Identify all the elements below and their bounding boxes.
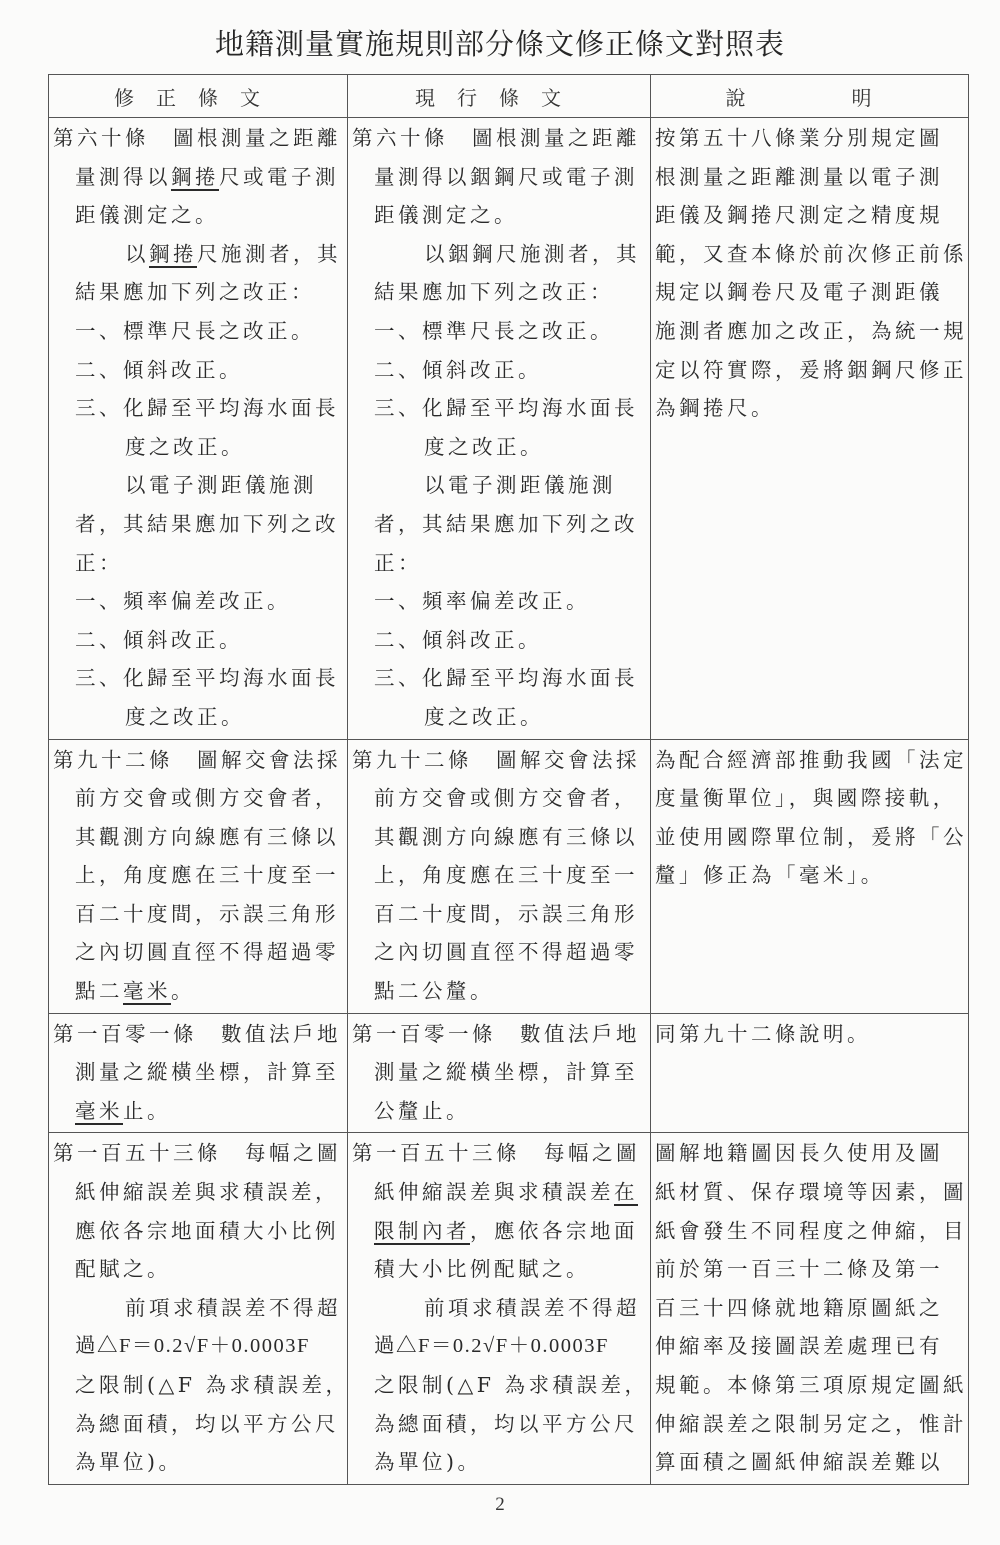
comparison-table: 修正條文 現行條文 說 明 第六十條 圖根測量之距離量測得以鋼捲尺或電子測距儀測…	[48, 74, 969, 1485]
text-line: 按第五十八條業分別規定圖	[655, 119, 964, 158]
text-line: 點二毫米。	[53, 972, 343, 1011]
text-line: 配賦之。	[53, 1250, 343, 1289]
text-line: 三、化歸至平均海水面長	[53, 389, 343, 428]
text-line: 為配合經濟部推動我國「法定	[655, 741, 964, 780]
text-line: 規範。本條第三項原規定圖紙	[655, 1366, 964, 1405]
document-title: 地籍測量實施規則部分條文修正條文對照表	[0, 22, 1000, 63]
text-line: 三、化歸至平均海水面長	[352, 389, 646, 428]
text-line: 一、頻率偏差改正。	[53, 582, 343, 621]
text-line: 距儀測定之。	[352, 196, 646, 235]
cell-current: 第一百零一條 數值法戶地測量之縱橫坐標，計算至公釐止。	[348, 1013, 651, 1133]
text-line: 測量之縱橫坐標，計算至	[352, 1053, 646, 1092]
text-line: 結果應加下列之改正：	[53, 273, 343, 312]
text-line: 伸縮率及接圖誤差處理已有	[655, 1327, 964, 1366]
text-line: 前項求積誤差不得超	[352, 1289, 646, 1328]
amended-text-underline: 鋼捲	[171, 165, 219, 189]
text-line: 百二十度間，示誤三角形	[352, 895, 646, 934]
amended-text-underline: 毫米	[75, 1099, 123, 1123]
amended-text-underline: 毫米	[123, 979, 171, 1003]
text-line: 者，其結果應加下列之改	[53, 505, 343, 544]
table-row: 第六十條 圖根測量之距離量測得以鋼捲尺或電子測距儀測定之。以鋼捲尺施測者，其結果…	[49, 118, 969, 740]
text-line: 第六十條 圖根測量之距離	[352, 119, 646, 158]
text-line: 第一百五十三條 每幅之圖	[352, 1134, 646, 1173]
text-line: 正：	[53, 544, 343, 583]
cell-amended: 第一百五十三條 每幅之圖紙伸縮誤差與求積誤差，應依各宗地面積大小比例配賦之。前項…	[49, 1133, 348, 1485]
amended-text-underline: 鋼捲	[149, 242, 197, 266]
page-number: 2	[0, 1494, 1000, 1516]
text-line: 結果應加下列之改正：	[352, 273, 646, 312]
text-line: 為單位)。	[352, 1443, 646, 1482]
text-line: 之內切圓直徑不得超過零	[53, 933, 343, 972]
text-line: 度之改正。	[53, 428, 343, 467]
text-line: 百二十度間，示誤三角形	[53, 895, 343, 934]
text-line: 二、傾斜改正。	[352, 621, 646, 660]
text-line: 公釐止。	[352, 1092, 646, 1131]
text-line: 以電子測距儀施測	[53, 466, 343, 505]
text-line: 積大小比例配賦之。	[352, 1250, 646, 1289]
text-line: 根測量之距離測量以電子測	[655, 158, 964, 197]
text-line: 度之改正。	[352, 698, 646, 737]
text-line: 以電子測距儀施測	[352, 466, 646, 505]
cell-explanation: 按第五十八條業分別規定圖根測量之距離測量以電子測距儀及鋼捲尺測定之精度規範，又查…	[651, 118, 969, 740]
text-line: 紙伸縮誤差與求積誤差在	[352, 1173, 646, 1212]
text-line: 過△F＝0.2√F＋0.0003F	[53, 1327, 343, 1366]
text-line: 第一百零一條 數值法戶地	[352, 1015, 646, 1054]
cell-amended: 第一百零一條 數值法戶地測量之縱橫坐標，計算至毫米止。	[49, 1013, 348, 1133]
text-line: 第九十二條 圖解交會法採	[352, 741, 646, 780]
text-line: 前方交會或側方交會者，	[53, 779, 343, 818]
header-current: 現行條文	[348, 75, 651, 118]
text-line: 之內切圓直徑不得超過零	[352, 933, 646, 972]
cell-amended: 第六十條 圖根測量之距離量測得以鋼捲尺或電子測距儀測定之。以鋼捲尺施測者，其結果…	[49, 118, 348, 740]
text-line: 量測得以銦鋼尺或電子測	[352, 158, 646, 197]
table-row: 第一百零一條 數值法戶地測量之縱橫坐標，計算至毫米止。第一百零一條 數值法戶地測…	[49, 1013, 969, 1133]
text-line: 前於第一百三十二條及第一	[655, 1250, 964, 1289]
table-row: 第一百五十三條 每幅之圖紙伸縮誤差與求積誤差，應依各宗地面積大小比例配賦之。前項…	[49, 1133, 969, 1485]
text-line: 紙材質、保存環境等因素，圖	[655, 1173, 964, 1212]
text-line: 百三十四條就地籍原圖紙之	[655, 1289, 964, 1328]
text-line: 算面積之圖紙伸縮誤差難以	[655, 1443, 964, 1482]
text-line: 毫米止。	[53, 1092, 343, 1131]
text-line: 為鋼捲尺。	[655, 389, 964, 428]
text-line: 正：	[352, 544, 646, 583]
table-row: 第九十二條 圖解交會法採前方交會或側方交會者，其觀測方向線應有三條以上，角度應在…	[49, 739, 969, 1013]
amended-text-underline: 限制內者	[374, 1219, 470, 1243]
text-line: 距儀測定之。	[53, 196, 343, 235]
amended-text-underline: 在	[614, 1180, 638, 1204]
text-line: 第一百五十三條 每幅之圖	[53, 1134, 343, 1173]
text-line: 二、傾斜改正。	[53, 351, 343, 390]
text-line: 為總面積，均以平方公尺	[352, 1405, 646, 1444]
text-line: 測量之縱橫坐標，計算至	[53, 1053, 343, 1092]
header-explanation: 說 明	[651, 75, 969, 118]
text-line: 以銦鋼尺施測者，其	[352, 235, 646, 274]
text-line: 第九十二條 圖解交會法採	[53, 741, 343, 780]
text-line: 定以符實際，爰將銦鋼尺修正	[655, 351, 964, 390]
text-line: 並使用國際單位制，爰將「公	[655, 818, 964, 857]
cell-explanation: 圖解地籍圖因長久使用及圖紙材質、保存環境等因素，圖紙會發生不同程度之伸縮，目前於…	[651, 1133, 969, 1485]
text-line: 釐」修正為「毫米」。	[655, 856, 964, 895]
text-line: 其觀測方向線應有三條以	[352, 818, 646, 857]
text-line: 第六十條 圖根測量之距離	[53, 119, 343, 158]
text-line: 度量衡單位」，與國際接軌，	[655, 779, 964, 818]
text-line: 前方交會或側方交會者，	[352, 779, 646, 818]
text-line: 應依各宗地面積大小比例	[53, 1212, 343, 1251]
text-line: 以鋼捲尺施測者，其	[53, 235, 343, 274]
text-line: 範，又查本條於前次修正前係	[655, 235, 964, 274]
text-line: 為總面積，均以平方公尺	[53, 1405, 343, 1444]
text-line: 一、標準尺長之改正。	[352, 312, 646, 351]
text-line: 限制內者，應依各宗地面	[352, 1212, 646, 1251]
cell-current: 第一百五十三條 每幅之圖紙伸縮誤差與求積誤差在限制內者，應依各宗地面積大小比例配…	[348, 1133, 651, 1485]
text-line: 前項求積誤差不得超	[53, 1289, 343, 1328]
text-line: 伸縮誤差之限制另定之，惟計	[655, 1405, 964, 1444]
table-header-row: 修正條文 現行條文 說 明	[49, 75, 969, 118]
text-line: 之限制(△F 為求積誤差，	[352, 1366, 646, 1405]
text-line: 三、化歸至平均海水面長	[352, 659, 646, 698]
header-amended: 修正條文	[49, 75, 348, 118]
text-line: 二、傾斜改正。	[53, 621, 343, 660]
text-line: 為單位)。	[53, 1443, 343, 1482]
text-line: 之限制(△F 為求積誤差，	[53, 1366, 343, 1405]
cell-explanation: 為配合經濟部推動我國「法定度量衡單位」，與國際接軌，並使用國際單位制，爰將「公釐…	[651, 739, 969, 1013]
text-line: 二、傾斜改正。	[352, 351, 646, 390]
text-line: 一、標準尺長之改正。	[53, 312, 343, 351]
text-line: 上，角度應在三十度至一	[53, 856, 343, 895]
text-line: 距儀及鋼捲尺測定之精度規	[655, 196, 964, 235]
text-line: 紙會發生不同程度之伸縮，目	[655, 1212, 964, 1251]
text-line: 量測得以鋼捲尺或電子測	[53, 158, 343, 197]
text-line: 三、化歸至平均海水面長	[53, 659, 343, 698]
text-line: 點二公釐。	[352, 972, 646, 1011]
cell-explanation: 同第九十二條說明。	[651, 1013, 969, 1133]
text-line: 度之改正。	[352, 428, 646, 467]
text-line: 者，其結果應加下列之改	[352, 505, 646, 544]
text-line: 施測者應加之改正，為統一規	[655, 312, 964, 351]
text-line: 過△F＝0.2√F＋0.0003F	[352, 1327, 646, 1366]
text-line: 同第九十二條說明。	[655, 1015, 964, 1054]
text-line: 上，角度應在三十度至一	[352, 856, 646, 895]
text-line: 其觀測方向線應有三條以	[53, 818, 343, 857]
cell-current: 第六十條 圖根測量之距離量測得以銦鋼尺或電子測距儀測定之。以銦鋼尺施測者，其結果…	[348, 118, 651, 740]
cell-current: 第九十二條 圖解交會法採前方交會或側方交會者，其觀測方向線應有三條以上，角度應在…	[348, 739, 651, 1013]
text-line: 規定以鋼卷尺及電子測距儀	[655, 273, 964, 312]
text-line: 紙伸縮誤差與求積誤差，	[53, 1173, 343, 1212]
text-line: 圖解地籍圖因長久使用及圖	[655, 1134, 964, 1173]
cell-amended: 第九十二條 圖解交會法採前方交會或側方交會者，其觀測方向線應有三條以上，角度應在…	[49, 739, 348, 1013]
text-line: 一、頻率偏差改正。	[352, 582, 646, 621]
text-line: 度之改正。	[53, 698, 343, 737]
text-line: 第一百零一條 數值法戶地	[53, 1015, 343, 1054]
